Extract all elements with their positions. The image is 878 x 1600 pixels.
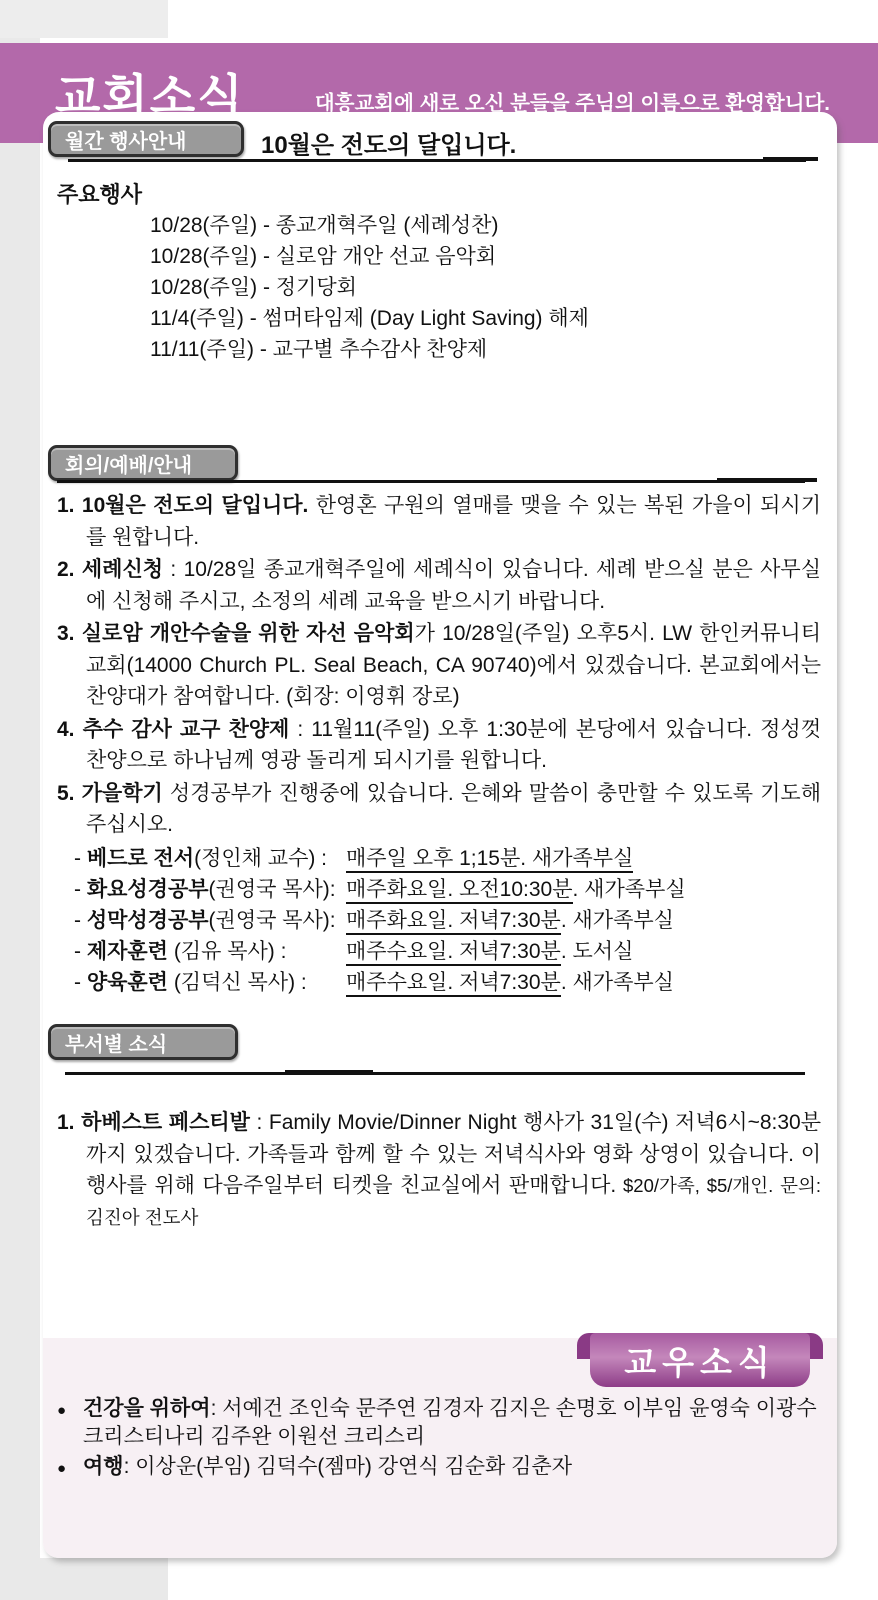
dash: - [74, 847, 87, 870]
item-number: 5. [57, 782, 75, 805]
list-item: ● 건강을 위하여: 서예건 조인숙 문주연 김경자 김지은 손명호 이부임 윤… [57, 1395, 829, 1450]
teacher: (권영국 목사): [209, 878, 336, 901]
teacher: (정인채 교수) : [194, 847, 327, 870]
bullet-lead: 여행 [83, 1455, 124, 1478]
list-item: 5. 가을학기 성경공부가 진행중에 있습니다. 은혜와 말씀이 충만할 수 있… [57, 778, 821, 841]
schedule-row: - 성막성경공부(권영국 목사): 매주화요일. 저녁7:30분. 새가족부실 [74, 905, 821, 936]
bullet-body: : 이상운(부임) 김덕수(젬마) 강연식 김순화 김춘자 [124, 1455, 572, 1478]
content-card: 월간 행사안내 10월은 전도의 달입니다. 주요행사 10/28(주일) - … [43, 112, 837, 1558]
bullet-text: 건강을 위하여: 서예건 조인숙 문주연 김경자 김지은 손명호 이부임 윤영숙… [83, 1395, 829, 1450]
divider-accent [763, 157, 818, 161]
schedule-row: - 제자훈련 (김유 목사) : 매주수요일. 저녁7:30분. 도서실 [74, 936, 821, 967]
bullet-text: 여행: 이상운(부임) 김덕수(젬마) 강연식 김순화 김춘자 [83, 1453, 572, 1483]
time-underlined: 매주일 오후 1;15분. 새가족부실 [346, 847, 633, 873]
time-tail: . 새가족부실 [561, 909, 674, 932]
dash: - [74, 878, 87, 901]
list-item: 2. 세례신청 : 10/28일 종교개혁주일에 세례식이 있습니다. 세례 받… [57, 554, 821, 617]
schedule-label: - 화요성경공부(권영국 목사): [74, 874, 346, 905]
event-item: 11/4(주일) - 썸머타임제 (Day Light Saving) 해제 [150, 303, 589, 334]
item-number: 1. [57, 1111, 75, 1134]
schedule-time: 매주일 오후 1;15분. 새가족부실 [346, 843, 633, 874]
bullet-icon: ● [57, 1453, 83, 1483]
list-item: 3. 실로암 개안수술을 위한 자선 음악회가 10/28일(주일) 오후5시.… [57, 618, 821, 713]
class-name: 제자훈련 [87, 940, 168, 963]
divider-accent [717, 478, 817, 482]
item-lead: 가을학기 [82, 782, 163, 805]
time-underlined: 매주수요일. 저녁7:30분 [346, 971, 561, 997]
schedule-time: 매주수요일. 저녁7:30분. 새가족부실 [346, 967, 674, 998]
divider-line [65, 1072, 805, 1075]
item-body: 성경공부가 진행중에 있습니다. 은혜와 말씀이 충만할 수 있도록 기도해주십… [86, 782, 821, 837]
section-badge-meetings: 회의/예배/안내 [48, 445, 238, 481]
teacher: (김덕신 목사) : [168, 971, 307, 994]
members-bullet-list: ● 건강을 위하여: 서예건 조인숙 문주연 김경자 김지은 손명호 이부임 윤… [57, 1395, 829, 1486]
event-item: 10/28(주일) - 종교개혁주일 (세례성찬) [150, 210, 589, 241]
section-badge-departments: 부서별 소식 [48, 1024, 238, 1060]
time-tail: . 새가족부실 [573, 878, 686, 901]
list-item: 1. 하베스트 페스티발 : Family Movie/Dinner Night… [57, 1107, 821, 1233]
event-item: 10/28(주일) - 정기당회 [150, 272, 589, 303]
item-number: 1. [57, 494, 75, 517]
divider-line [68, 159, 806, 162]
monthly-headline: 10월은 전도의 달입니다. [261, 125, 516, 160]
class-name: 성막성경공부 [87, 909, 209, 932]
departments-item-list: 1. 하베스트 페스티발 : Family Movie/Dinner Night… [57, 1107, 821, 1234]
event-item: 11/11(주일) - 교구별 추수감사 찬양제 [150, 334, 589, 365]
meetings-item-list: 1. 10월은 전도의 달입니다. 한영혼 구원의 열매를 맺을 수 있는 복된… [57, 490, 821, 998]
time-underlined: 매주화요일. 오전10:30분 [346, 878, 573, 904]
section-divider [68, 157, 818, 164]
divider-accent [285, 1070, 373, 1074]
events-list-title: 주요행사 [57, 178, 142, 209]
bullet-lead: 건강을 위하여 [83, 1397, 211, 1420]
section-badge-monthly-events: 월간 행사안내 [48, 121, 244, 157]
class-name: 양육훈련 [87, 971, 168, 994]
item-number: 3. [57, 622, 75, 645]
item-lead: 실로암 개안수술을 위한 자선 음악회 [82, 622, 415, 645]
item-lead: 하베스트 페스티발 [81, 1111, 250, 1134]
class-name: 화요성경공부 [87, 878, 209, 901]
class-name: 베드로 전서 [87, 847, 194, 870]
list-item: 1. 10월은 전도의 달입니다. 한영혼 구원의 열매를 맺을 수 있는 복된… [57, 490, 821, 553]
schedule-time: 매주수요일. 저녁7:30분. 도서실 [346, 936, 633, 967]
time-underlined: 매주화요일. 저녁7:30분 [346, 909, 561, 935]
event-item: 10/28(주일) - 실로암 개안 선교 음악회 [150, 241, 589, 272]
dash: - [74, 909, 87, 932]
section-badge-label: 부서별 소식 [65, 1028, 167, 1057]
schedule-time: 매주화요일. 오전10:30분. 새가족부실 [346, 874, 686, 905]
time-tail: . 도서실 [561, 940, 634, 963]
item-body: : 10/28일 종교개혁주일에 세례식이 있습니다. 세례 받으실 분은 사무… [86, 558, 821, 613]
events-list: 10/28(주일) - 종교개혁주일 (세례성찬) 10/28(주일) - 실로… [150, 210, 589, 365]
newsletter-page: 교회소식 대흥교회에 새로 오신 분들을 주님의 이름으로 환영합니다. 월간 … [0, 0, 878, 1600]
bottom-left-gray-block [0, 1558, 168, 1600]
bullet-icon: ● [57, 1395, 83, 1450]
schedule-label: - 성막성경공부(권영국 목사): [74, 905, 346, 936]
section-badge-label: 회의/예배/안내 [65, 449, 192, 478]
schedule-row: - 양육훈련 (김덕신 목사) : 매주수요일. 저녁7:30분. 새가족부실 [74, 967, 821, 998]
section-divider [57, 478, 817, 485]
item-number: 4. [57, 718, 75, 741]
teacher: (김유 목사) : [168, 940, 286, 963]
section-badge-label: 월간 행사안내 [65, 125, 186, 154]
item-lead: 추수 감사 교구 찬양제 [83, 718, 290, 741]
teacher: (권영국 목사): [209, 909, 336, 932]
time-underlined: 매주수요일. 저녁7:30분 [346, 940, 561, 966]
schedule-row: - 베드로 전서(정인채 교수) : 매주일 오후 1;15분. 새가족부실 [74, 843, 821, 874]
item-lead: 10월은 전도의 달입니다. [82, 494, 309, 517]
schedule-time: 매주화요일. 저녁7:30분. 새가족부실 [346, 905, 674, 936]
schedule-label: - 제자훈련 (김유 목사) : [74, 936, 346, 967]
left-gray-column [0, 0, 40, 1600]
top-left-gray-block [0, 0, 168, 38]
schedule-row: - 화요성경공부(권영국 목사): 매주화요일. 오전10:30분. 새가족부실 [74, 874, 821, 905]
members-ribbon: 교우소식 [590, 1333, 810, 1387]
list-item: ● 여행: 이상운(부임) 김덕수(젬마) 강연식 김순화 김춘자 [57, 1453, 829, 1483]
section-divider [65, 1070, 817, 1077]
item-number: 2. [57, 558, 75, 581]
schedule-label: - 양육훈련 (김덕신 목사) : [74, 967, 346, 998]
schedule-label: - 베드로 전서(정인채 교수) : [74, 843, 346, 874]
divider-line [57, 480, 805, 483]
list-item: 4. 추수 감사 교구 찬양제 : 11월11(주일) 오후 1:30분에 본당… [57, 714, 821, 777]
item-lead: 세례신청 [82, 558, 163, 581]
bible-study-schedule: - 베드로 전서(정인채 교수) : 매주일 오후 1;15분. 새가족부실 -… [74, 843, 821, 998]
ribbon-title: 교우소식 [590, 1333, 810, 1387]
dash: - [74, 940, 87, 963]
dash: - [74, 971, 87, 994]
time-tail: . 새가족부실 [561, 971, 674, 994]
